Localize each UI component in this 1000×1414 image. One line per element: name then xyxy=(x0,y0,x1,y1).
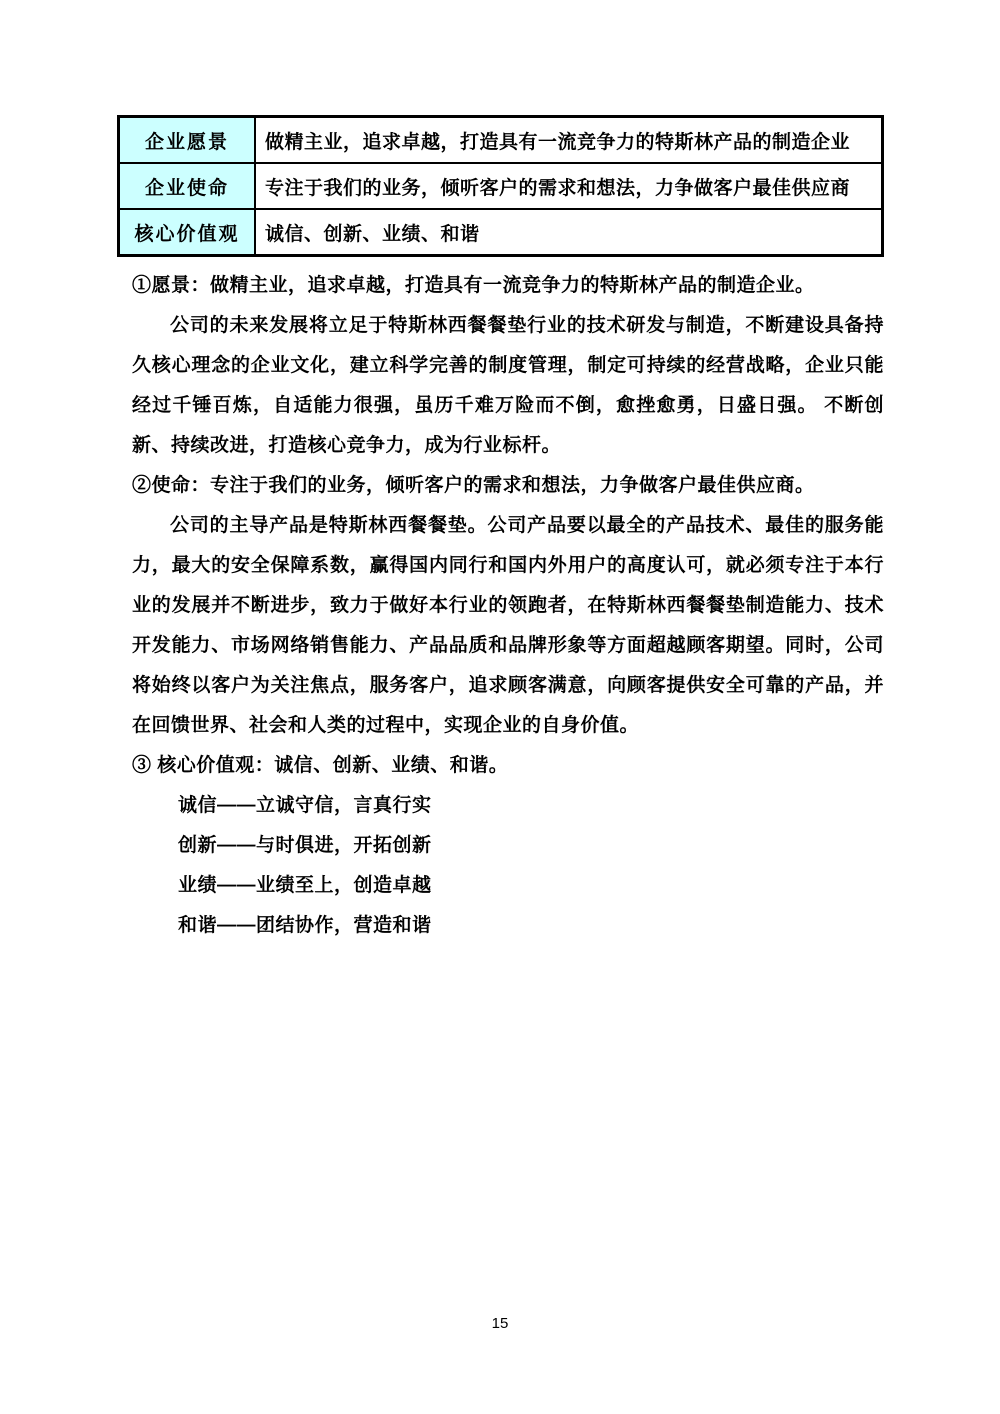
table-row: 企业使命 专注于我们的业务，倾听客户的需求和想法，力争做客户最佳供应商 xyxy=(119,163,882,209)
value-line-performance: 业绩——业绩至上，创造卓越 xyxy=(178,866,884,906)
page-number: 15 xyxy=(0,1315,1000,1332)
section-mission-paragraph: 公司的主导产品是特斯林西餐餐垫。公司产品要以最全的产品技术、最佳的服务能力，最大… xyxy=(132,506,884,746)
table-label-vision: 企业愿景 xyxy=(119,117,255,163)
table-row: 企业愿景 做精主业，追求卓越，打造具有一流竞争力的特斯林产品的制造企业 xyxy=(119,117,882,163)
value-line-harmony: 和谐——团结协作，营造和谐 xyxy=(178,906,884,946)
section-vision-heading: ①愿景：做精主业，追求卓越，打造具有一流竞争力的特斯林产品的制造企业。 xyxy=(132,266,884,306)
table-content-core-values: 诚信、创新、业绩、和谐 xyxy=(255,209,882,255)
document-page: 企业愿景 做精主业，追求卓越，打造具有一流竞争力的特斯林产品的制造企业 企业使命… xyxy=(0,0,1000,1414)
table-content-mission: 专注于我们的业务，倾听客户的需求和想法，力争做客户最佳供应商 xyxy=(255,163,882,209)
value-line-innovation: 创新——与时俱进，开拓创新 xyxy=(178,826,884,866)
section-vision-paragraph: 公司的未来发展将立足于特斯林西餐餐垫行业的技术研发与制造，不断建设具备持久核心理… xyxy=(132,306,884,466)
section-mission-heading: ②使命：专注于我们的业务，倾听客户的需求和想法，力争做客户最佳供应商。 xyxy=(132,466,884,506)
company-philosophy-table: 企业愿景 做精主业，追求卓越，打造具有一流竞争力的特斯林产品的制造企业 企业使命… xyxy=(118,116,883,256)
value-line-integrity: 诚信——立诚守信，言真行实 xyxy=(178,786,884,826)
table-label-mission: 企业使命 xyxy=(119,163,255,209)
document-body: ①愿景：做精主业，追求卓越，打造具有一流竞争力的特斯林产品的制造企业。 公司的未… xyxy=(132,266,884,946)
core-values-list: 诚信——立诚守信，言真行实 创新——与时俱进，开拓创新 业绩——业绩至上，创造卓… xyxy=(132,786,884,946)
table-content-vision: 做精主业，追求卓越，打造具有一流竞争力的特斯林产品的制造企业 xyxy=(255,117,882,163)
table-row: 核心价值观 诚信、创新、业绩、和谐 xyxy=(119,209,882,255)
section-core-values-heading: ③ 核心价值观：诚信、创新、业绩、和谐。 xyxy=(132,746,884,786)
table-label-core-values: 核心价值观 xyxy=(119,209,255,255)
